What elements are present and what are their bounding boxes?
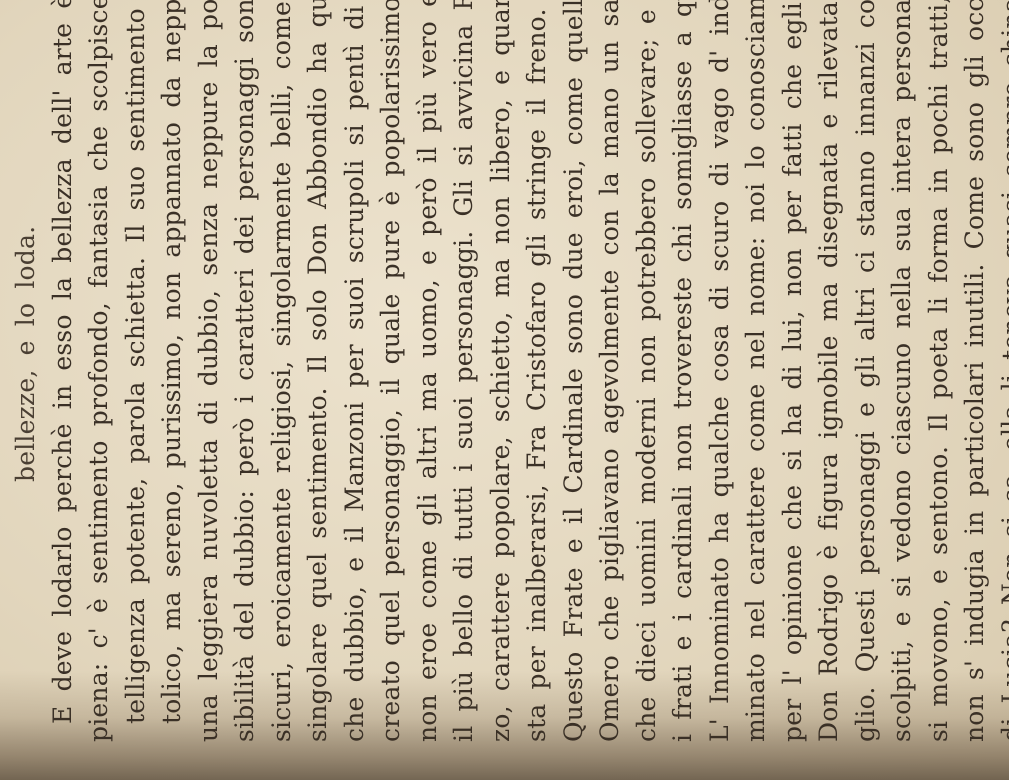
text-line: sicuri, eroicamente religiosi, singolarm… [264,0,301,742]
text-line: si movono, e sentono. Il poeta li forma … [921,0,958,742]
text-line: singolare quel sentimento. Il solo Don A… [300,0,337,742]
text-line: i frati e i cardinali non trovereste chi… [665,0,702,742]
text-line: Omero che pigliavano agevolmente con la … [592,0,629,742]
text-line: che dubbio, e il Manzoni per suoi scrupo… [337,0,374,742]
text-line: sibilità del dubbio: però i caratteri de… [227,0,264,742]
text-line: scolpiti, e si vedono ciascuno nella sua… [884,0,921,742]
page-text-block: bellezze, e lo loda. E deve lodarlo perc… [0,0,1009,780]
text-line: una leggiera nuvoletta di dubbio, senza … [191,0,228,742]
text-line: per l' opinione che si ha di lui, non pe… [775,0,812,742]
text-line: piena: c' è sentimento profondo, fantasi… [81,0,118,742]
text-line: tolico, ma sereno, purissimo, non appann… [154,0,191,742]
scanned-book-page: bellezze, e lo loda. E deve lodarlo perc… [0,0,1009,780]
text-line: non eroe come gli altri ma uomo, e però … [410,0,447,742]
text-line: Questo Frate e il Cardinale sono due ero… [556,0,593,742]
text-line: glio. Questi personaggi e gli altri ci s… [848,0,885,742]
text-line: il più bello di tutti i suoi personaggi.… [446,0,483,742]
text-line: telligenza potente, parola schietta. Il … [118,0,155,742]
text-line-partial-top: bellezze, e lo loda. [8,0,45,742]
paragraph-start-line: E deve lodarlo perchè in esso la bellezz… [45,0,82,742]
text-line: che dieci uomini moderni non potrebbero … [629,0,666,742]
text-line: minato nel carattere come nel nome: noi … [738,0,775,742]
text-line: L' Innominato ha qualche cosa di scuro d… [702,0,739,742]
text-line: di Lucia? Non si sa: ella li teneva quas… [994,0,1009,742]
text-line: creato quel personaggio, il quale pure è… [373,0,410,742]
text-line: zo, carattere popolare, schietto, ma non… [483,0,520,742]
text-line: sta per inalberarsi, Fra Cristofaro gli … [519,0,556,742]
text-line: Don Rodrigo è figura ignobile ma disegna… [811,0,848,742]
text-line: non s' indugia in particolari inutili. C… [957,0,994,742]
